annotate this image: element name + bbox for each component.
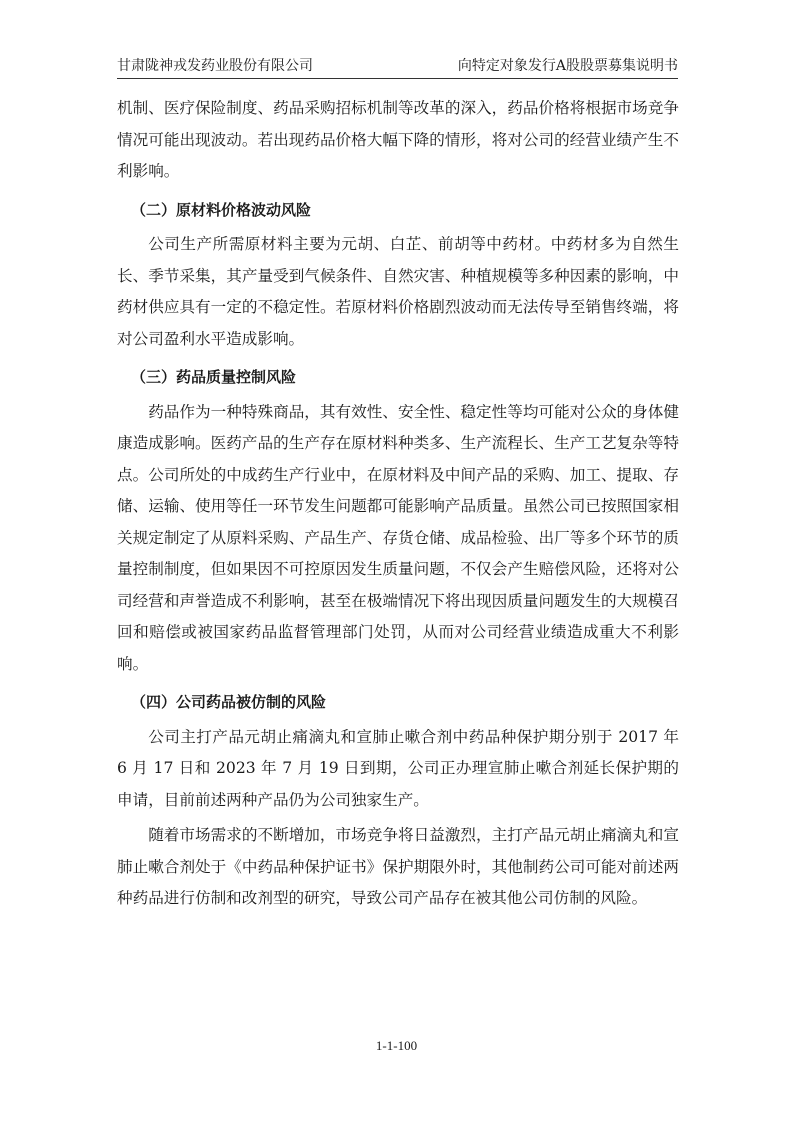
paragraph: 公司生产所需原材料主要为元胡、白芷、前胡等中药材。中药材多为自然生长、季节采集，…	[117, 229, 679, 355]
paragraph: 随着市场需求的不断增加，市场竞争将日益激烈，主打产品元胡止痛滴丸和宣肺止嗽合剂处…	[117, 820, 679, 915]
header-company-name: 甘肃陇神戎发药业股份有限公司	[117, 56, 313, 76]
page-number: 1-1-100	[0, 1038, 793, 1054]
header-document-title: 向特定对象发行A股股票募集说明书	[458, 56, 678, 76]
section-heading-raw-material-risk: （二）原材料价格波动风险	[117, 195, 679, 227]
paragraph: 药品作为一种特殊商品，其有效性、安全性、稳定性等均可能对公众的身体健康造成影响。…	[117, 397, 679, 681]
paragraph: 公司主打产品元胡止痛滴丸和宣肺止嗽合剂中药品种保护期分别于 2017 年 6 月…	[117, 722, 679, 817]
document-body: 机制、医疗保险制度、药品采购招标机制等改革的深入，药品价格将根据市场竞争情况可能…	[117, 93, 679, 915]
page-header: 甘肃陇神戎发药业股份有限公司 向特定对象发行A股股票募集说明书	[117, 55, 678, 79]
paragraph: 机制、医疗保险制度、药品采购招标机制等改革的深入，药品价格将根据市场竞争情况可能…	[117, 93, 679, 188]
section-heading-imitation-risk: （四）公司药品被仿制的风险	[117, 687, 679, 719]
section-heading-quality-control-risk: （三）药品质量控制风险	[117, 362, 679, 394]
